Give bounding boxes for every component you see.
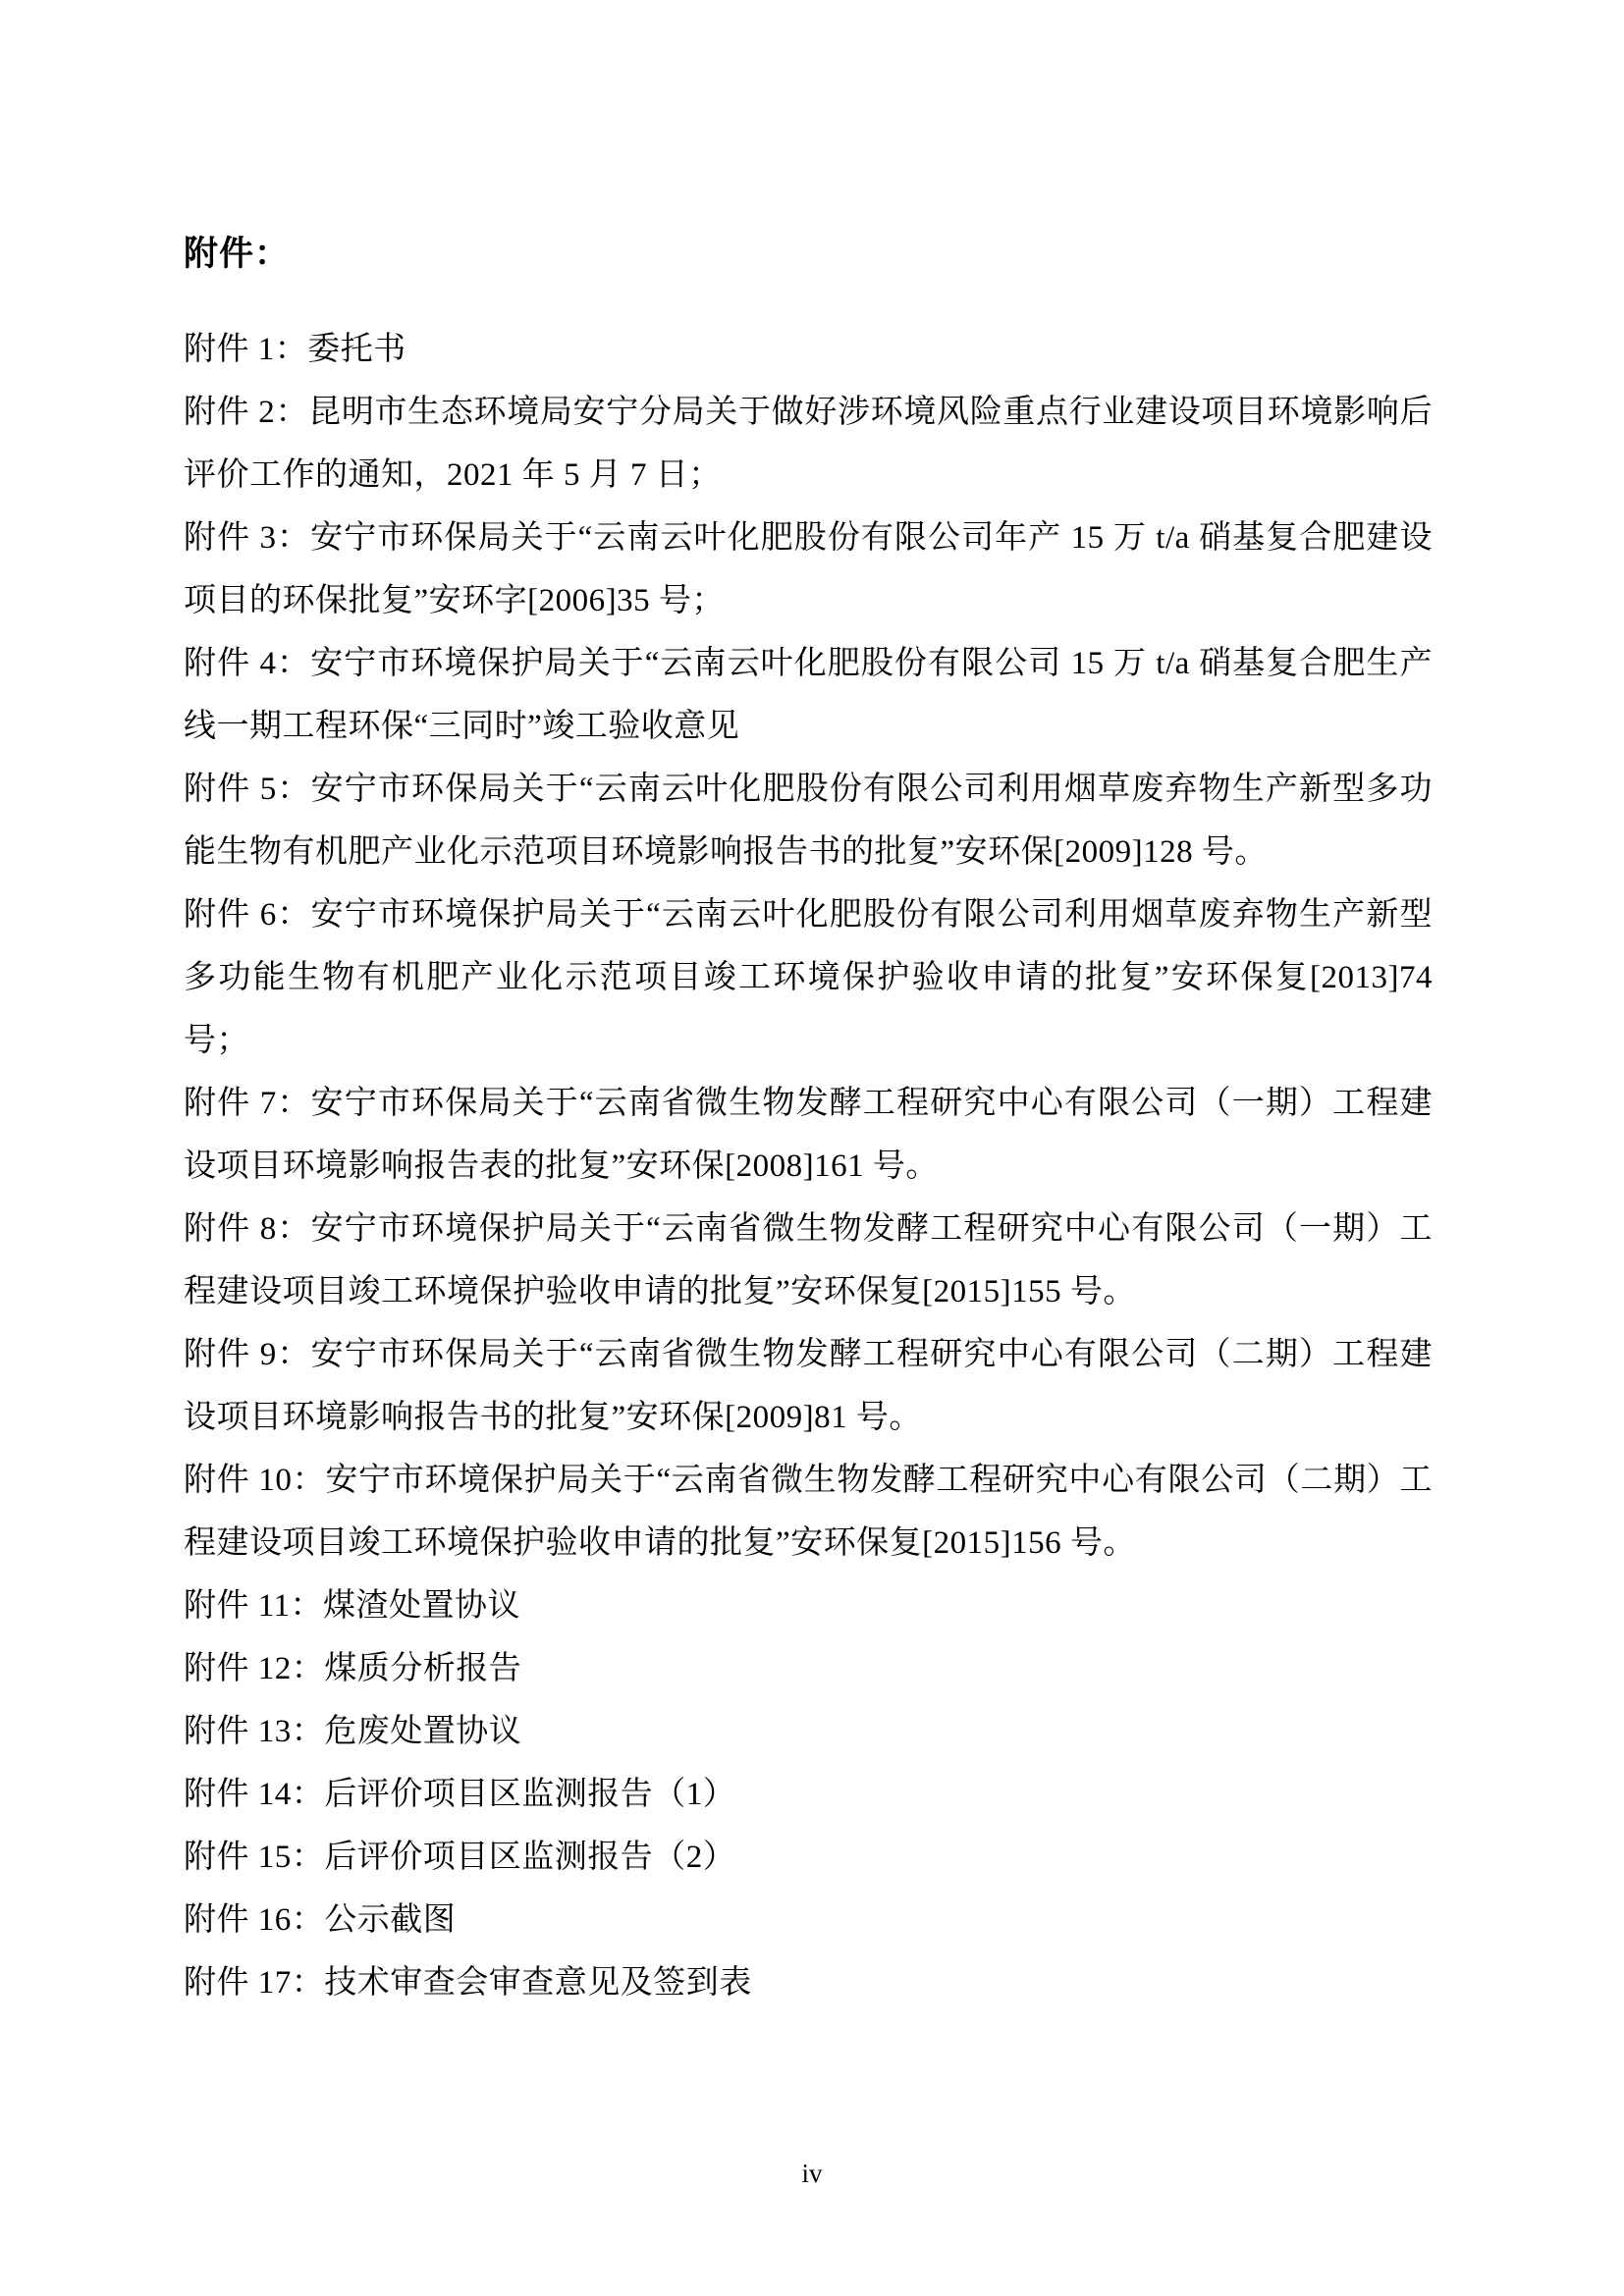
attachment-item-10: 附件 10：安宁市环境保护局关于“云南省微生物发酵工程研究中心有限公司（二期）工… xyxy=(184,1449,1433,1575)
page-heading: 附件： xyxy=(184,223,1433,286)
attachment-item-2: 附件 2：昆明市生态环境局安宁分局关于做好涉环境风险重点行业建设项目环境影响后评… xyxy=(184,381,1433,507)
attachment-item-11: 附件 11：煤渣处置协议 xyxy=(184,1575,1433,1637)
attachment-item-16: 附件 16：公示截图 xyxy=(184,1889,1433,1951)
attachment-item-7: 附件 7：安宁市环保局关于“云南省微生物发酵工程研究中心有限公司（一期）工程建设… xyxy=(184,1072,1433,1198)
attachment-item-12: 附件 12：煤质分析报告 xyxy=(184,1637,1433,1700)
page-number: iv xyxy=(0,2158,1624,2189)
attachment-item-3: 附件 3：安宁市环保局关于“云南云叶化肥股份有限公司年产 15 万 t/a 硝基… xyxy=(184,507,1433,632)
attachment-item-13: 附件 13：危废处置协议 xyxy=(184,1700,1433,1763)
attachment-item-14: 附件 14：后评价项目区监测报告（1） xyxy=(184,1763,1433,1826)
attachment-item-1: 附件 1：委托书 xyxy=(184,318,1433,381)
attachments-section: 附件： 附件 1：委托书 附件 2：昆明市生态环境局安宁分局关于做好涉环境风险重… xyxy=(184,223,1433,2014)
attachment-item-9: 附件 9：安宁市环保局关于“云南省微生物发酵工程研究中心有限公司（二期）工程建设… xyxy=(184,1323,1433,1449)
attachment-item-6: 附件 6：安宁市环境保护局关于“云南云叶化肥股份有限公司利用烟草废弃物生产新型多… xyxy=(184,883,1433,1072)
attachment-item-17: 附件 17：技术审查会审查意见及签到表 xyxy=(184,1951,1433,2014)
document-page: 附件： 附件 1：委托书 附件 2：昆明市生态环境局安宁分局关于做好涉环境风险重… xyxy=(0,0,1624,2296)
attachment-item-15: 附件 15：后评价项目区监测报告（2） xyxy=(184,1826,1433,1889)
attachment-item-8: 附件 8：安宁市环境保护局关于“云南省微生物发酵工程研究中心有限公司（一期）工程… xyxy=(184,1198,1433,1323)
attachment-item-4: 附件 4：安宁市环境保护局关于“云南云叶化肥股份有限公司 15 万 t/a 硝基… xyxy=(184,632,1433,758)
attachment-item-5: 附件 5：安宁市环保局关于“云南云叶化肥股份有限公司利用烟草废弃物生产新型多功能… xyxy=(184,758,1433,883)
